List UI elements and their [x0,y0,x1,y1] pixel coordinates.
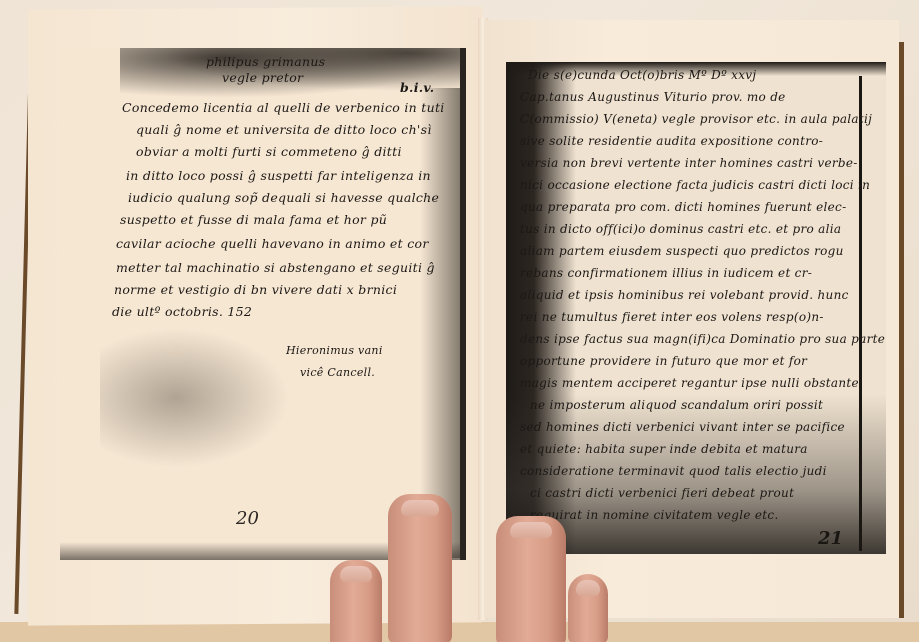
fingernail [510,522,552,538]
manuscript-line: consideratione terminavit quod talis ele… [520,464,827,478]
manuscript-line: opportune providere in futuro que mor et… [520,354,807,368]
manuscript-line: quali ĝ nome et universita de ditto loco… [136,122,432,137]
manuscript-line: C(ommissio) V(eneta) vegle provisor etc.… [520,112,872,126]
manuscript-line: aliam partem eiusdem suspecti quo predic… [520,244,844,258]
ink-stain [100,328,290,468]
manuscript-line: in ditto loco possi ĝ suspetti far intel… [126,168,431,183]
margin-rule [859,76,862,551]
manuscript-line: magis mentem acciperet regantur ipse nul… [520,376,859,390]
manuscript-line: et quiete: habita super inde debita et m… [520,442,808,456]
manuscript-line: qua preparata pro com. dicti homines fue… [520,200,846,214]
fingernail [401,500,439,516]
manuscript-line: ci castri dicti verbenici fieri debeat p… [530,486,794,500]
manuscript-line: dens ipse factus sua magn(ifi)ca Dominat… [520,332,885,346]
corner-mark: b.i.v. [400,80,434,95]
manuscript-line: versia non brevi vertente inter homines … [520,156,858,170]
manuscript-line: iudicio qualung sop̃ dequali si havesse … [128,190,439,205]
manuscript-line: requirat in nomine civitatem vegle etc. [530,508,779,522]
fingernail [340,566,371,582]
manuscript-line: obviar a molti furti si commeteno ĝ ditt… [136,144,402,159]
ink-stain [420,88,460,558]
manuscript-line: nici occasione electione facta judicis c… [520,178,870,192]
finger [496,516,566,642]
manuscript-header: vegle pretor [222,70,303,85]
signature: Hieronimus vani [286,344,383,357]
manuscript-line: cavilar acioche quelli havevano in animo… [116,236,429,251]
manuscript-line: aliquid et ipsis hominibus rei volebant … [520,288,849,302]
manuscript-line: metter tal machinatio si abstengano et s… [116,260,435,275]
manuscript-line: suspetto et fusse di mala fama et hor pũ [120,212,387,227]
manuscript-line: tus in dicto off(ici)o dominus castri et… [520,222,841,236]
page-number: 20 [236,508,259,529]
manuscript-line: Die s(e)cunda Oct(o)bris Mº Dº xxvj [528,68,756,82]
manuscript-line: Concedemo licentia al quelli de verbenic… [122,100,445,115]
finger [568,574,608,642]
signature: vicê Cancell. [300,366,375,379]
manuscript-line: rei ne tumultus fieret inter eos volens … [520,310,824,324]
fingernail [576,580,600,596]
finger [388,494,452,642]
manuscript-line: sive solite residentie audita exposition… [520,134,823,148]
manuscript-line: sed homines dicti verbenici vivant inter… [520,420,845,434]
finger [330,560,382,642]
manuscript-line: ne imposterum aliquod scandalum oriri po… [530,398,823,412]
page-number: 21 [818,528,843,549]
manuscript-line: Cap.tanus Augustinus Viturio prov. mo de [520,90,786,104]
manuscript-line: norme et vestigio di bn vivere dati x br… [114,282,397,297]
manuscript-line: die ultº octobris. 152 [112,304,252,319]
manuscript-line: rebans confirmationem illius in iudicem … [520,266,812,280]
right-manuscript-facsimile: Die s(e)cunda Oct(o)bris Mº Dº xxvj Cap.… [506,62,886,554]
manuscript-header: philipus grimanus [206,54,325,69]
table-surface [0,622,919,642]
left-manuscript-facsimile: philipus grimanus vegle pretor b.i.v. Co… [60,48,466,560]
